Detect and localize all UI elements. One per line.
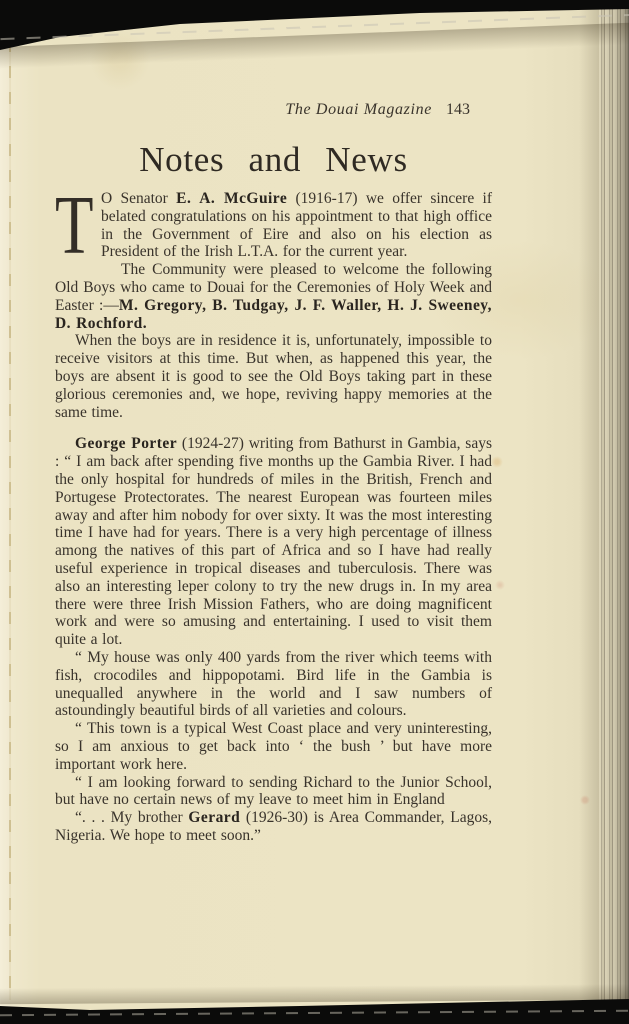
paragraph: “ I am looking forward to sending Richar… — [55, 774, 492, 810]
page-number: 143 — [446, 101, 470, 118]
bold-name: E. A. McGuire — [176, 190, 287, 207]
paragraph: “. . . My brother Gerard (1926-30) is Ar… — [55, 809, 492, 845]
paragraph: “ This town is a typical West Coast plac… — [55, 720, 492, 773]
bold-name: George Porter — [75, 435, 177, 452]
page-edge-stack — [599, 8, 629, 1000]
bold-name: M. Gregory, B. Tudgay, J. F. Waller, H. … — [55, 297, 492, 332]
running-header-title: The Douai Magazine — [285, 101, 432, 118]
running-header: The Douai Magazine143 — [55, 100, 492, 120]
book-scan: The Douai Magazine143 Notes and News TO … — [0, 0, 629, 1024]
article-title: Notes and News — [55, 141, 492, 179]
drop-cap: T — [55, 190, 90, 278]
gutter-crease — [9, 40, 11, 1000]
paragraph: “ My house was only 400 yards from the r… — [55, 649, 492, 720]
paragraph: George Porter (1924-27) writing from Bat… — [55, 435, 492, 649]
paragraph: When the boys are in residence it is, un… — [55, 332, 492, 421]
paragraph: The Community were pleased to welcome th… — [55, 261, 492, 332]
bold-name: Gerard — [188, 809, 240, 826]
fore-edge-shadow — [579, 8, 601, 1000]
paragraph: TO Senator E. A. McGuire (1916-17) we of… — [55, 190, 492, 261]
text-column: The Douai Magazine143 Notes and News TO … — [55, 100, 492, 845]
article-body: TO Senator E. A. McGuire (1916-17) we of… — [55, 190, 492, 845]
